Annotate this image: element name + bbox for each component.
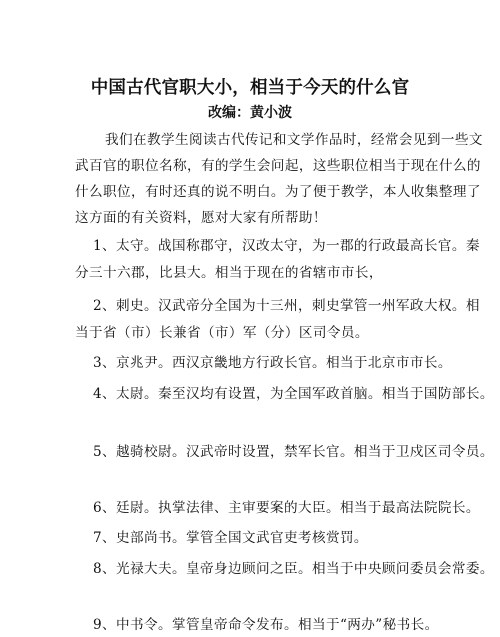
intro-line: 什么职位，有时还真的说不明白。为了便于教学，本人收集整理了 — [75, 180, 481, 200]
list-item-line: 6、廷尉。执掌法律、主审要案的大臣。相当于最高法院院长。 — [93, 496, 480, 516]
list-item-line: 7、史部尚书。掌管全国文武官吏考核赏罚。 — [93, 526, 368, 546]
list-item-line: 当于省（市）长兼省（市）军（分）区司令员。 — [75, 321, 369, 341]
list-item-line: 9、中书令。掌管皇帝命令发布。相当于“两办”秘书长。 — [93, 613, 439, 633]
list-item-line: 分三十六郡，比县大。相当于现在的省辖市市长， — [75, 261, 383, 281]
intro-line: 这方面的有关资料，愿对大家有所帮助！ — [75, 206, 327, 226]
list-item-line: 2、刺史。汉武帝分全国为十三州，刺史掌管一州军政大权。相 — [93, 294, 480, 314]
list-item-line: 1、太守。战国称郡守，汉改太守，为一郡的行政最高长官。秦 — [93, 234, 480, 254]
list-item-line: 8、光禄大夫。皇帝身边顾问之臣。相当于中央顾问委员会常委。 — [93, 557, 494, 577]
document-page: 中国古代官职大小，相当于今天的什么官 改编：黄小波 我们在教学生阅读古代传记和文… — [0, 0, 500, 637]
author-line: 改编：黄小波 — [0, 102, 500, 122]
list-item-line: 5、越骑校尉。汉武帝时设置，禁军长官。相当于卫戍区司令员。 — [93, 440, 494, 460]
list-item-line: 4、太尉。秦至汉均有设置，为全国军政首脑。相当于国防部长。 — [93, 382, 494, 402]
intro-line: 我们在教学生阅读古代传记和文学作品时，经常会见到一些文 — [105, 128, 483, 148]
intro-line: 武百官的职位名称，有的学生会问起，这些职位相当于现在什么的 — [75, 154, 481, 174]
document-title: 中国古代官职大小，相当于今天的什么官 — [0, 74, 500, 99]
list-item-line: 3、京兆尹。西汉京畿地方行政长官。相当于北京市市长。 — [93, 351, 452, 371]
